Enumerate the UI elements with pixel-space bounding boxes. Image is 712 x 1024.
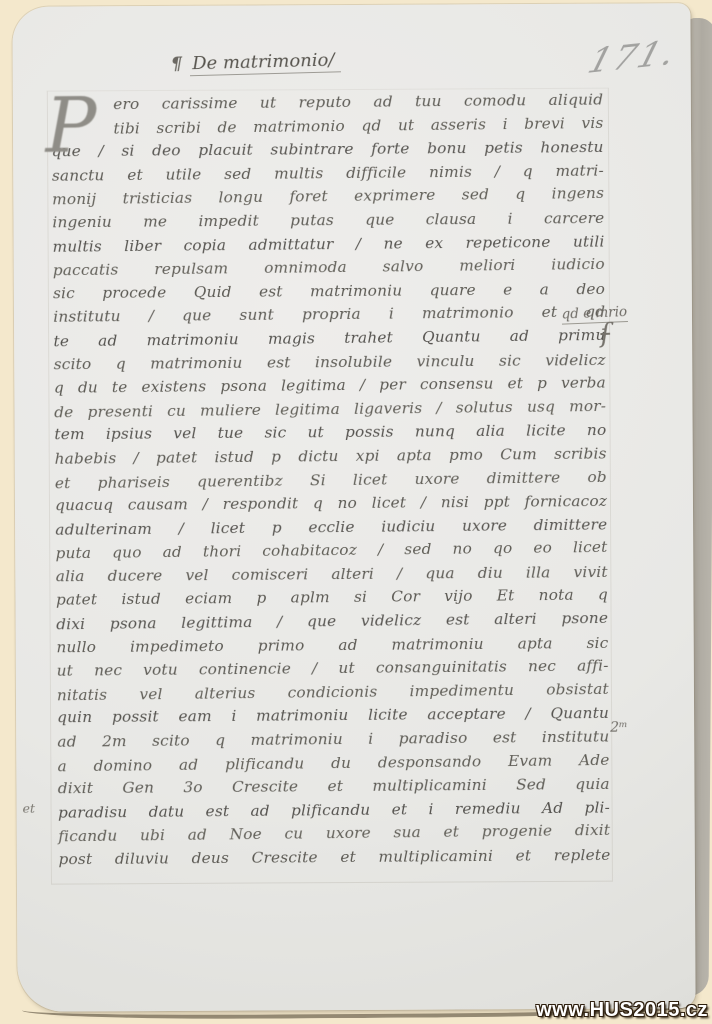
drop-cap-initial: P <box>45 87 97 163</box>
margin-mark-secundum: 2ᵐ <box>610 720 628 736</box>
watermark-text: www.HUS2015.cz <box>536 999 708 1022</box>
manuscript-page: ¶De matrimonio/ 171. P ero carissime ut … <box>12 3 695 1012</box>
chapter-heading: ¶De matrimonio/ <box>170 49 340 74</box>
margin-note-text: qd e mrio <box>561 304 627 325</box>
chapter-title: De matrimonio/ <box>190 49 341 76</box>
manuscript-line: post diluviu deus Crescite et multiplica… <box>58 846 610 874</box>
manuscript-photo: ¶De matrimonio/ 171. P ero carissime ut … <box>0 0 712 1024</box>
text-block: P ero carissime ut reputo ad tuu comodu … <box>51 90 610 874</box>
margin-note-right: qd e mrio ſ <box>561 300 712 346</box>
paragraph-mark-icon: ¶ <box>170 53 182 74</box>
margin-mark-et: et <box>23 801 36 816</box>
folio-number: 171. <box>583 33 681 82</box>
